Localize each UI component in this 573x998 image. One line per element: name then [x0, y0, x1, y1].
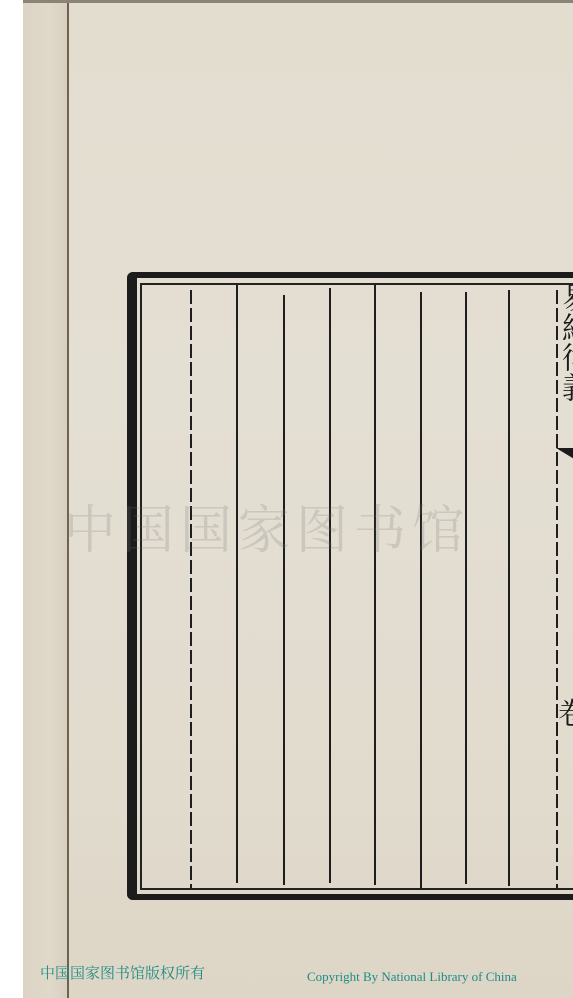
column-divider — [508, 290, 510, 886]
column-divider — [283, 295, 285, 885]
copyright-cn: 中国国家图书馆版权所有 — [40, 962, 205, 983]
column-divider — [329, 288, 331, 883]
top-edge — [23, 0, 573, 3]
fish-tail-mark — [556, 448, 573, 460]
column-divider — [420, 292, 422, 890]
copyright-en: Copyright By National Library of China — [307, 969, 517, 985]
column-divider — [236, 285, 238, 883]
watermark: 中国国家图书馆 — [64, 488, 470, 563]
column-divider — [465, 292, 467, 884]
column-divider — [190, 290, 192, 888]
left-leaf — [23, 0, 68, 998]
edge-volume-text: 卷 — [558, 700, 573, 730]
column-divider — [374, 285, 376, 885]
edge-title-text: 易經衍義 — [558, 282, 573, 402]
